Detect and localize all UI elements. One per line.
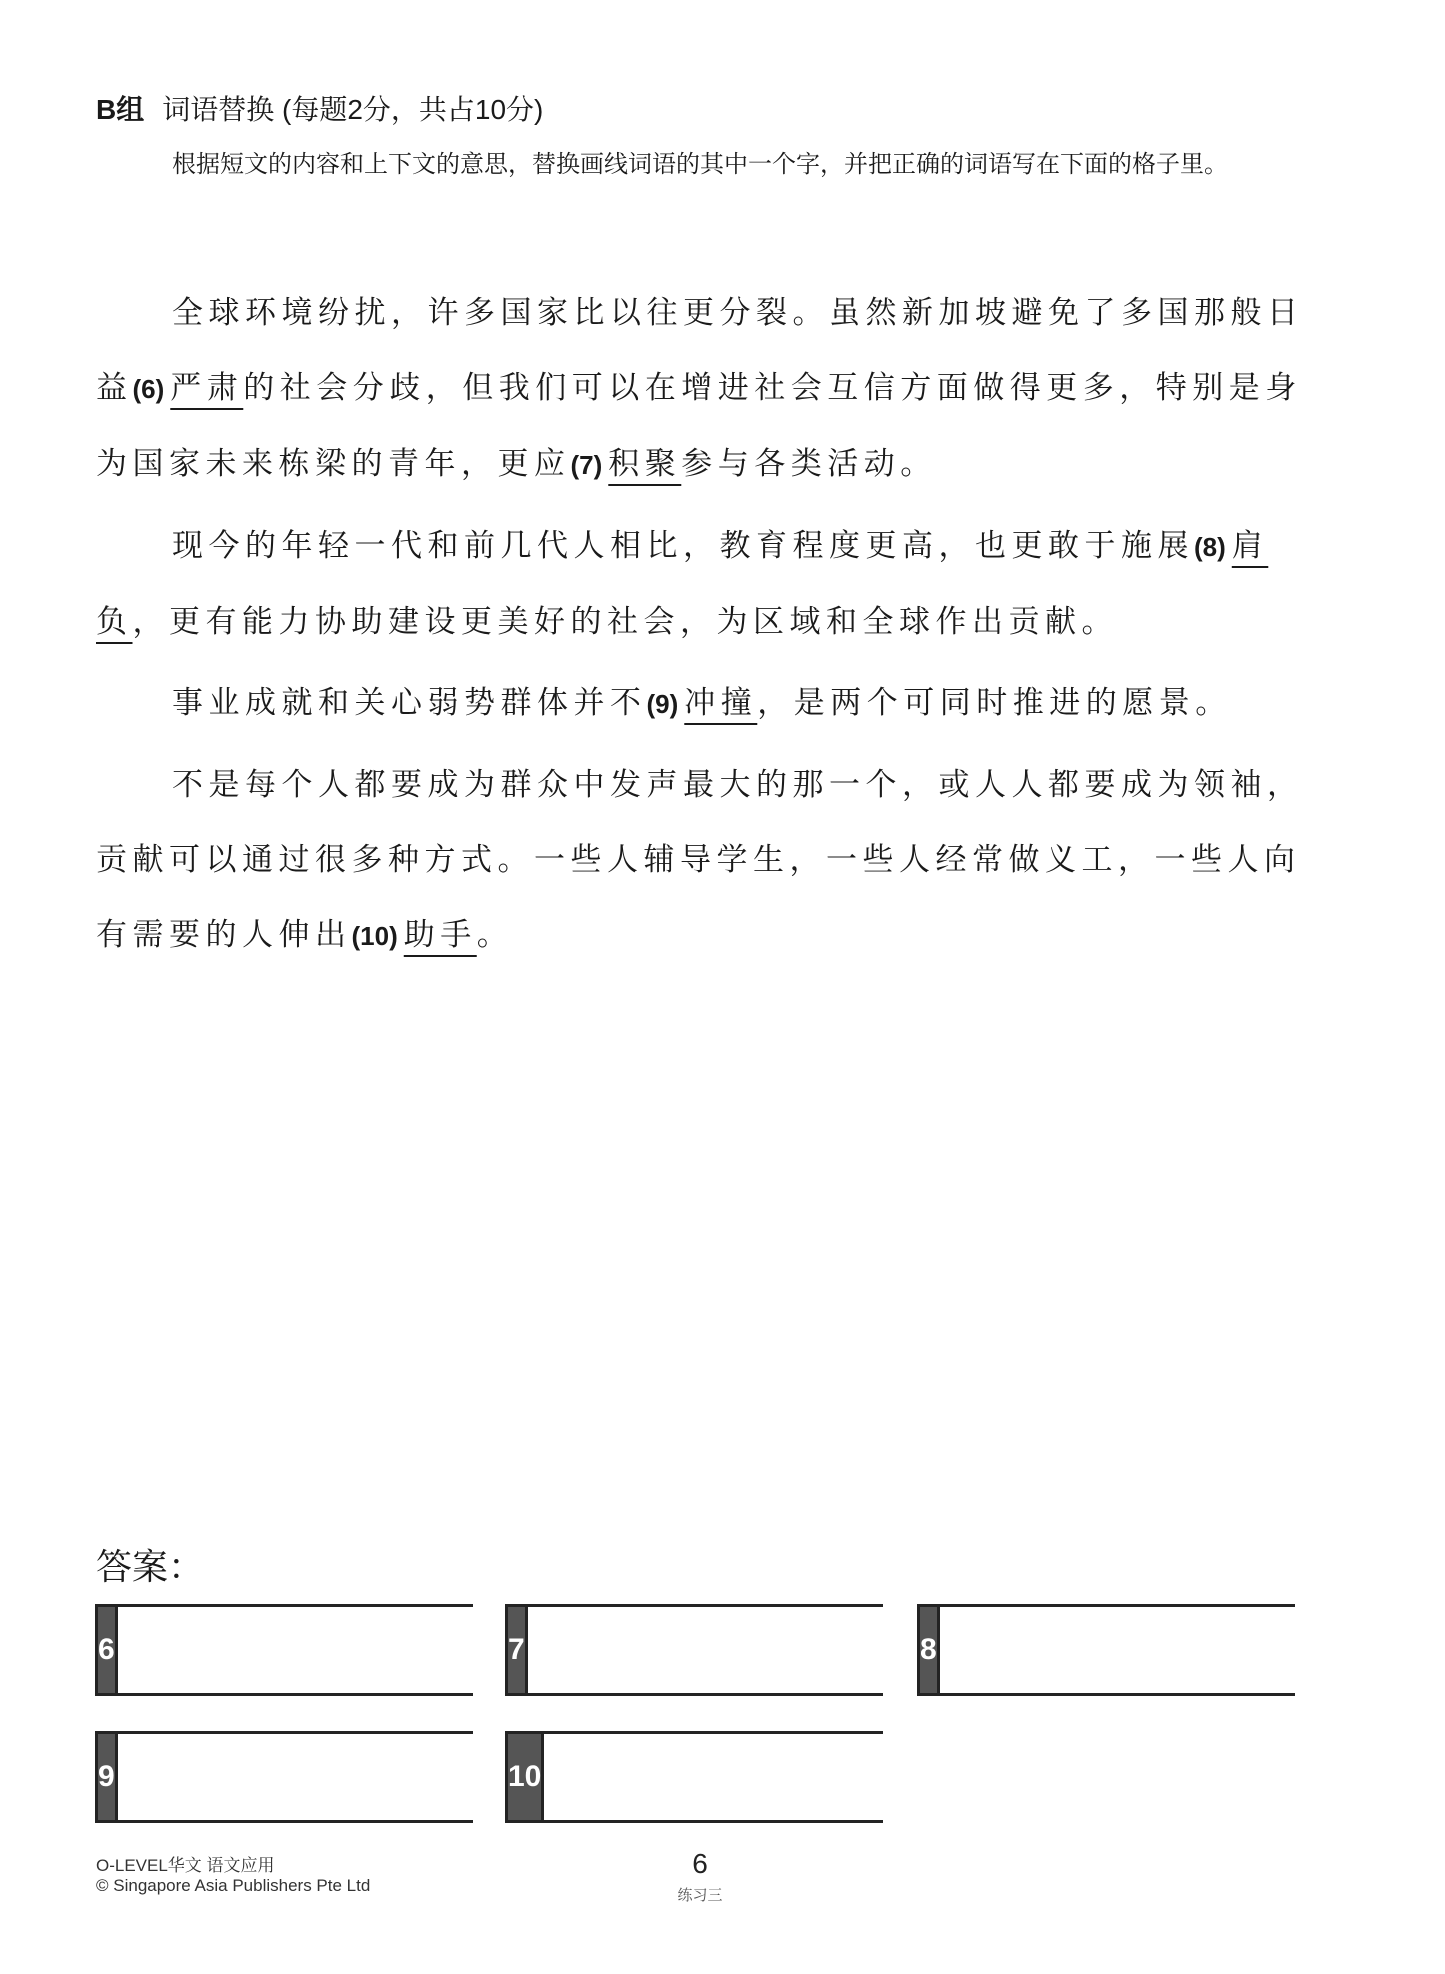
footer-left: O-LEVEL华文 语文应用 © Singapore Asia Publishe… [96,1856,370,1896]
answer-number-8: 8 [920,1607,940,1693]
underlined-word-7: 积聚 [608,446,681,482]
section-header: B组词语替换 (每题2分，共占10分) [96,92,543,128]
page-number: 6 [670,1848,730,1880]
answer-label: 答案： [96,1546,204,1590]
answer-box-10: 10 [505,1731,883,1823]
passage-text: 。 [477,917,514,953]
underlined-word-9: 冲撞 [684,685,757,721]
question-number-6: (6) [133,374,165,404]
answer-field-10[interactable] [544,1734,947,1820]
underlined-word-6: 严肃 [170,370,243,406]
passage-text: ，更有能力协助建设更美好的社会，为区域和全球作出贡献。 [133,604,1119,640]
passage-paragraph-2: 现今的年轻一代和前几代人相比，教育程度更高，也更敢于施展(8)肩负，更有能力协助… [96,509,1306,660]
answer-field-9[interactable] [118,1734,521,1820]
passage-text: 不是每个人都要成为群众中发声最大的那一个，或人人都要成为领袖，贡献可以通过很多种… [96,767,1304,953]
question-number-9: (9) [647,689,679,719]
section-group-label: B组 [96,94,144,125]
question-number-7: (7) [571,450,603,480]
section-title: 词语替换 (每题2分，共占10分) [162,94,543,125]
footer-book-title: O-LEVEL华文 语文应用 [96,1856,370,1876]
exercise-label: 练习三 [650,1884,750,1905]
answer-field-6[interactable] [118,1607,521,1693]
answer-box-6: 6 [95,1604,473,1696]
passage-paragraph-3: 事业成就和关心弱势群体并不(9)冲撞，是两个可同时推进的愿景。 [96,666,1306,742]
footer-copyright: © Singapore Asia Publishers Pte Ltd [96,1876,370,1896]
answer-field-7[interactable] [528,1607,931,1693]
passage-text: 事业成就和关心弱势群体并不 [172,685,647,721]
answer-number-6: 6 [98,1607,118,1693]
answer-box-8: 8 [917,1604,1295,1696]
answer-number-10: 10 [508,1734,544,1820]
answer-number-7: 7 [508,1607,528,1693]
passage: 全球环境纷扰，许多国家比以往更分裂。虽然新加坡避免了多国那般日益(6)严肃的社会… [96,276,1306,980]
underlined-word-10: 助手 [404,917,477,953]
question-number-8: (8) [1194,532,1226,562]
passage-text: 现今的年轻一代和前几代人相比，教育程度更高，也更敢于施展 [172,528,1194,564]
answer-field-8[interactable] [940,1607,1343,1693]
passage-text: 参与各类活动。 [681,446,937,482]
question-number-10: (10) [352,921,398,951]
answer-box-7: 7 [505,1604,883,1696]
passage-paragraph-4: 不是每个人都要成为群众中发声最大的那一个，或人人都要成为领袖，贡献可以通过很多种… [96,748,1306,974]
passage-paragraph-1: 全球环境纷扰，许多国家比以往更分裂。虽然新加坡避免了多国那般日益(6)严肃的社会… [96,276,1306,503]
passage-text: ，是两个可同时推进的愿景。 [757,685,1232,721]
answer-number-9: 9 [98,1734,118,1820]
section-instructions: 根据短文的内容和上下文的意思，替换画线词语的其中一个字，并把正确的词语写在下面的… [172,146,1302,184]
answer-box-9: 9 [95,1731,473,1823]
